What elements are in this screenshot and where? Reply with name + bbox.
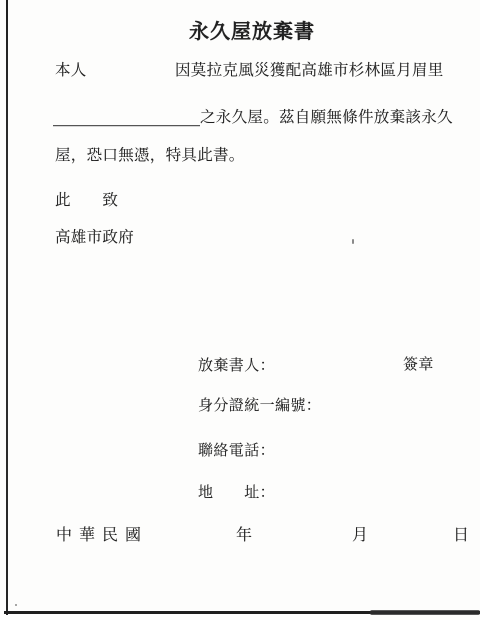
- fill-in-blank-underline: [53, 111, 200, 126]
- era-label: 中華民國: [56, 527, 148, 543]
- address-label: 地 址：: [198, 485, 275, 500]
- scan-smudge: [370, 610, 480, 615]
- year-label: 年: [236, 527, 252, 543]
- declarant-label: 放棄書人：: [198, 358, 275, 373]
- phone-label: 聯絡電話：: [198, 443, 275, 458]
- recipient-text: 高雄市政府: [55, 230, 134, 246]
- salutation-text: 此 致: [55, 193, 118, 209]
- document-page: 永久屋放棄書 本人 因莫拉克風災獲配高雄市杉林區月眉里 之永久屋。茲自願無條件放…: [0, 0, 480, 620]
- body-line3-text: 屋，恐口無憑，特具此書。: [55, 148, 245, 164]
- seal-label: 簽章: [403, 357, 434, 372]
- scan-speck: [15, 604, 17, 606]
- document-title: 永久屋放棄書: [12, 21, 480, 41]
- body-line2-text: 之永久屋。茲自願無條件放棄該永久: [200, 110, 453, 126]
- body-line1-prefix: 本人: [55, 63, 87, 79]
- month-label: 月: [352, 527, 368, 543]
- body-line1-text: 因莫拉克風災獲配高雄市杉林區月眉里: [175, 63, 444, 79]
- day-label: 日: [453, 527, 469, 543]
- scan-speck: [352, 239, 354, 244]
- id-number-label: 身分證統一編號：: [198, 398, 321, 413]
- page-left-border: [6, 0, 8, 615]
